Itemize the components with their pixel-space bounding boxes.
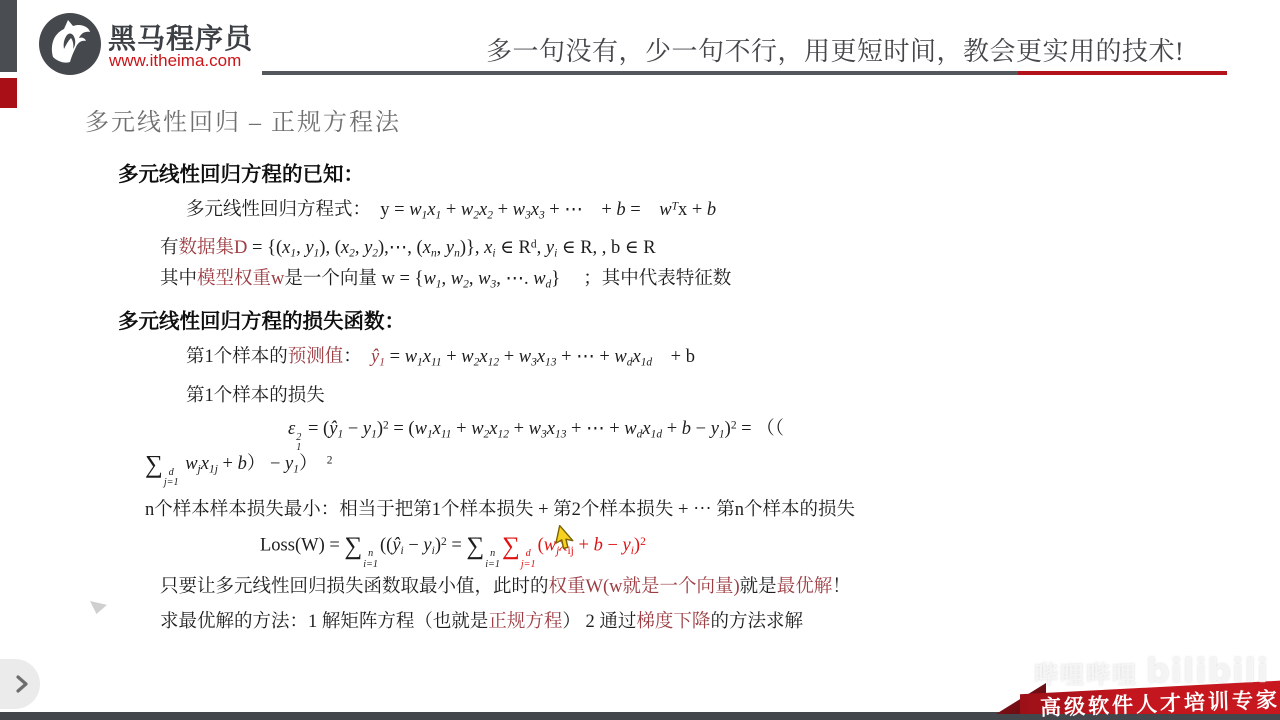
regression-equation-line: 多元线性回归方程式： y = w1x1 + w2x2 + w3x3 + ⋯ + … — [186, 195, 716, 221]
methods-line: 求最优解的方法：1 解矩阵方程（也就是正规方程） 2 通过梯度下降的方法求解 — [160, 607, 803, 633]
brand-url: www.itheima.com — [109, 51, 241, 71]
next-nav-button[interactable] — [0, 659, 40, 709]
bilibili-watermark: 哔哩哔哩 bilibili — [1034, 651, 1269, 690]
loss-function-line: Loss(W) = ∑ni=1((ŷi − yi)2 = ∑ni=1∑dj=1(… — [260, 533, 646, 570]
edge-red-square — [0, 78, 17, 108]
header-rule-red — [1018, 71, 1227, 75]
epsilon-line: ε21 = (ŷ1 − y1)2 = (w1x11 + w2x12 + w3x1… — [288, 414, 784, 454]
header-rule-gray — [262, 71, 1018, 75]
ghost-artifact — [90, 601, 107, 614]
first-sample-loss-label: 第1个样本的损失 — [186, 381, 325, 407]
prediction-line: 第1个样本的预测值： ŷ1 = w1x11 + w2x12 + w3x13 + … — [186, 342, 695, 368]
slide-canvas: 黑马程序员 www.itheima.com 多一句没有，少一句不行，用更短时间，… — [0, 0, 1280, 720]
page-title: 多元线性回归 – 正规方程法 — [85, 102, 401, 137]
bilibili-watermark-cn: 哔哩哔哩 — [1034, 655, 1138, 690]
loss-section-heading: 多元线性回归方程的损失函数： — [118, 304, 405, 334]
header-slogan: 多一句没有，少一句不行，用更短时间，教会更实用的技术! — [486, 31, 1184, 68]
bilibili-watermark-en: bilibili — [1146, 651, 1269, 690]
known-section-heading: 多元线性回归方程的已知： — [118, 157, 364, 187]
optimal-solution-line: 只要让多元线性回归损失函数取最小值，此时的权重W(w就是一个向量)就是最优解！ — [160, 572, 851, 598]
weight-vector-line: 其中模型权重w是一个向量 w = {w1, w2, w3, ⋯. wd} ；其中… — [160, 264, 731, 290]
n-samples-line: n个样本样本损失最小：相当于把第1个样本损失 + 第2个样本损失 + ⋯ 第n个… — [145, 495, 855, 521]
dataset-line: 有数据集D = {(x1, y1), (x2, y2),⋯, (xn, yn)}… — [160, 233, 656, 259]
edge-gray-bar — [0, 0, 17, 72]
chevron-right-icon — [14, 674, 30, 694]
itheima-horse-logo-icon — [37, 11, 103, 77]
sum-continuation-line: ∑dj=1 wjx1j + b） − y1） 2 — [145, 449, 332, 489]
